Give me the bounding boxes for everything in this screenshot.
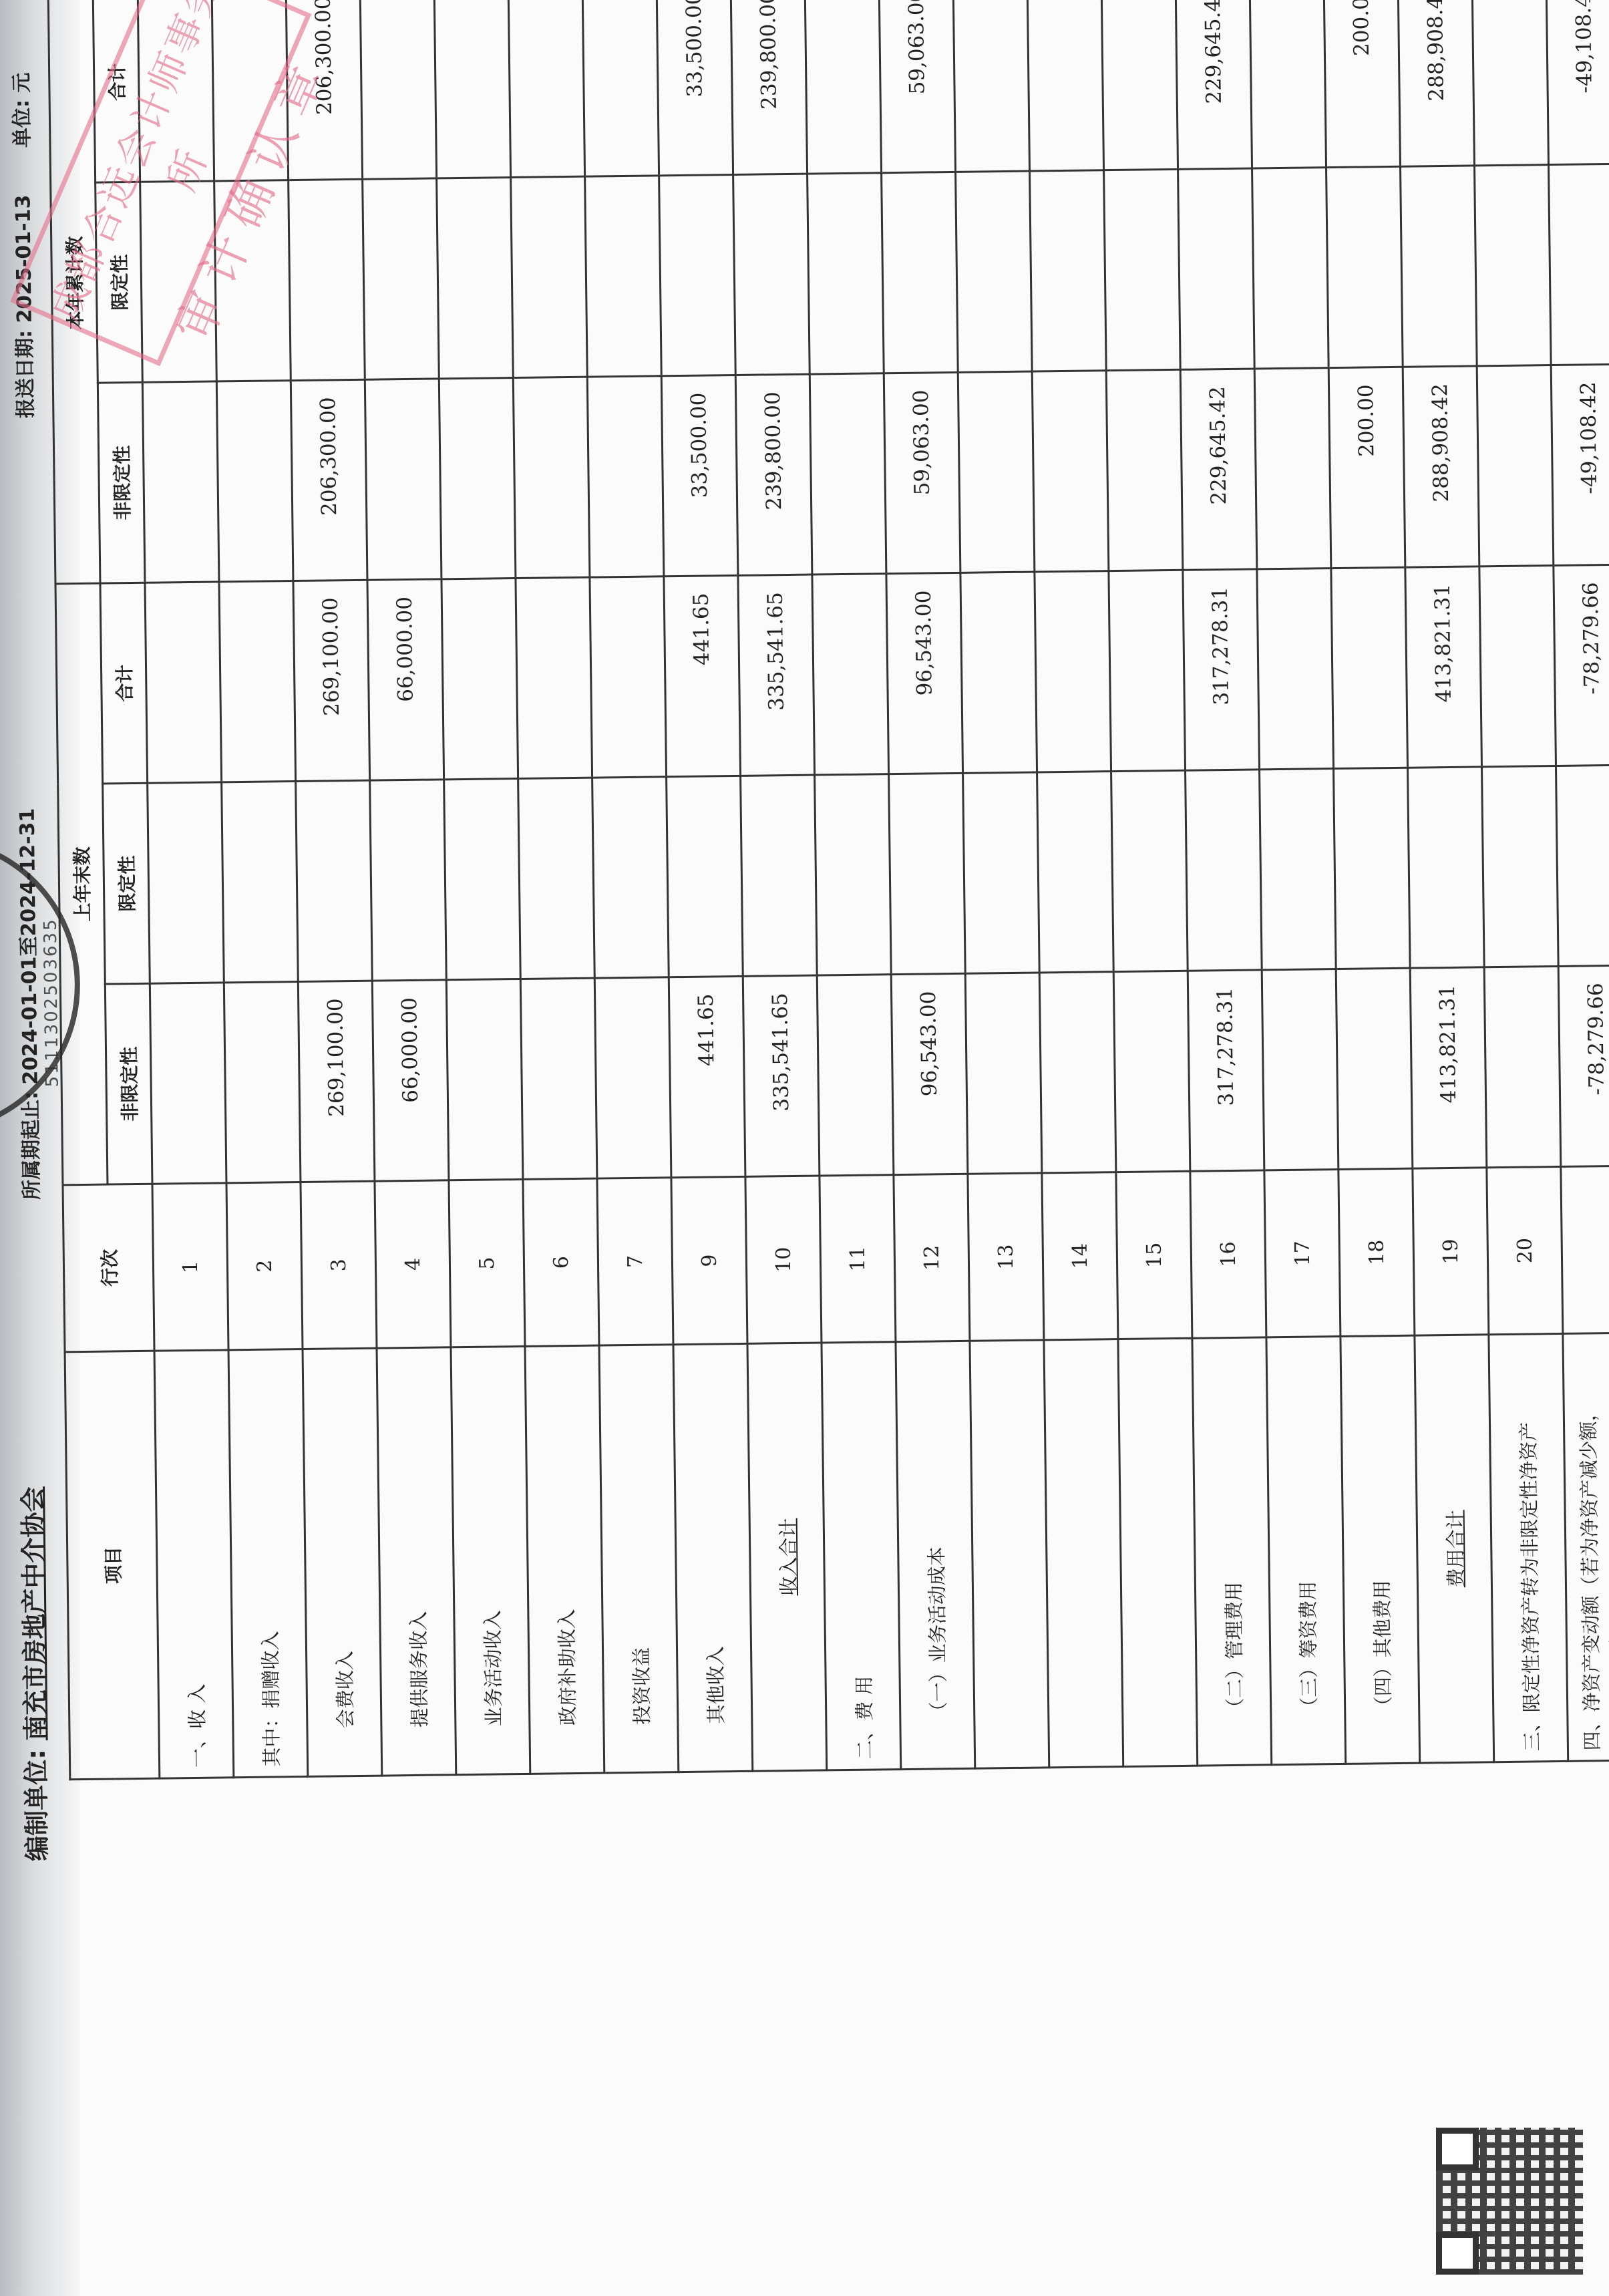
row-line-number: 2 (226, 1182, 303, 1350)
cell-cur-restricted (1252, 168, 1329, 369)
cell-prior-total (1257, 568, 1334, 770)
cell-prior-total (441, 579, 518, 780)
row-line-number: 6 (523, 1178, 599, 1346)
cell-prior-unrestricted: 413,821.31 (1410, 967, 1487, 1168)
cell-prior-restricted (1482, 766, 1559, 967)
row-line-number: 11 (820, 1175, 896, 1343)
cell-prior-total (1035, 571, 1111, 772)
cell-prior-unrestricted (817, 975, 894, 1176)
cell-prior-unrestricted: 335,541.65 (743, 975, 820, 1176)
cell-prior-restricted (889, 773, 966, 974)
row-item: （四）其他费用 (1340, 1335, 1420, 1764)
unit-label: 单位: (11, 100, 35, 148)
row-item: 会费收入 (303, 1348, 382, 1776)
cell-prior-total: 413,821.31 (1405, 566, 1482, 768)
cell-cur-total: 239,800.00 (731, 0, 808, 174)
cell-cur-unrestricted (365, 379, 441, 580)
cell-prior-total (516, 577, 592, 778)
row-item: （三）筹资费用 (1266, 1337, 1346, 1765)
cell-prior-unrestricted: 269,100.00 (298, 981, 375, 1182)
row-item: 二、费 用 (822, 1342, 901, 1770)
row-line-number: 5 (449, 1179, 525, 1347)
cell-prior-total: 317,278.31 (1183, 569, 1260, 770)
cell-prior-restricted (1556, 765, 1609, 966)
row-line-number: 17 (1264, 1170, 1340, 1337)
cell-prior-restricted (592, 777, 669, 978)
activity-statement-page: 业务活动表 会民非03表 纳税人识别号: 51511300767252078T … (0, 0, 1082, 1870)
cell-cur-total (1027, 0, 1104, 171)
row-line-number: 20 (1487, 1166, 1563, 1334)
row-item: 四、净资产变动额（若为净资产减少额，以“_”号填列） (1563, 1333, 1609, 1761)
row-line-number: 14 (1042, 1172, 1118, 1340)
report-date-label: 报送日期: (13, 330, 38, 418)
cell-cur-unrestricted: 59,063.00 (884, 372, 960, 573)
row-line-number: 18 (1338, 1168, 1415, 1336)
header-current-unrestricted: 非限定性 (98, 382, 145, 583)
cell-prior-unrestricted (150, 983, 226, 1184)
cell-prior-total: 269,100.00 (293, 580, 370, 781)
row-item: 收入合计 (747, 1343, 827, 1771)
cell-cur-unrestricted (439, 378, 516, 579)
cell-prior-restricted (741, 775, 818, 976)
cell-prior-unrestricted (520, 978, 597, 1179)
cell-cur-unrestricted: 229,645.42 (1180, 369, 1257, 570)
row-item: 投资收益 (599, 1345, 679, 1773)
cell-cur-total (582, 0, 659, 176)
row-line-number: 16 (1190, 1170, 1266, 1338)
cell-cur-total: 33,500.00 (657, 0, 733, 176)
cell-cur-total (953, 0, 1030, 172)
cell-prior-restricted (667, 776, 743, 977)
row-item: 其中：捐赠收入 (228, 1349, 308, 1777)
cell-prior-unrestricted (1262, 969, 1338, 1170)
unit-value: 元 (10, 73, 33, 93)
cell-prior-total (590, 577, 667, 778)
activity-table: 项目 行次 上年末数 本年累计数 非限定性 限定性 合计 非限定性 限定性 合计… (47, 0, 1609, 1780)
row-item: 其他收入 (673, 1343, 753, 1772)
cell-cur-restricted (808, 173, 884, 374)
cell-cur-restricted (1326, 166, 1403, 367)
row-item: （一）业务活动成本 (896, 1341, 975, 1769)
cell-cur-restricted (733, 174, 810, 375)
cell-cur-unrestricted (1106, 369, 1183, 570)
row-line-number: 13 (968, 1173, 1044, 1341)
cell-cur-restricted (1475, 165, 1552, 366)
cell-cur-unrestricted (1477, 365, 1554, 566)
row-item (1044, 1339, 1123, 1768)
header-prior-restricted: 限定性 (103, 783, 150, 984)
cell-cur-total (360, 0, 437, 179)
cell-cur-restricted (1548, 164, 1609, 365)
cell-prior-restricted (815, 774, 892, 975)
cell-prior-restricted (148, 782, 224, 983)
cell-cur-unrestricted (958, 371, 1035, 572)
qr-code-icon (1436, 2128, 1583, 2275)
cell-prior-unrestricted (1039, 972, 1116, 1173)
cell-cur-total: 288,908.42 (1398, 0, 1475, 166)
cell-prior-restricted (1408, 767, 1485, 968)
cell-prior-total (960, 572, 1037, 773)
cell-prior-restricted (1334, 768, 1411, 969)
cell-cur-unrestricted: 239,800.00 (735, 374, 812, 575)
cell-cur-total (508, 0, 585, 178)
cell-cur-total: 200.00 (1324, 0, 1401, 168)
cell-prior-restricted (1037, 772, 1114, 973)
organization-seal-code: 5111302503635 (41, 917, 63, 1087)
cell-prior-unrestricted (1336, 968, 1413, 1169)
cell-prior-restricted (222, 782, 299, 983)
header-line: 行次 (63, 1184, 154, 1352)
row-item: （二）管理费用 (1192, 1337, 1272, 1766)
cell-prior-total (1331, 567, 1408, 768)
row-item: 费用合计 (1415, 1335, 1494, 1763)
cell-cur-restricted (437, 178, 514, 379)
row-item: 业务活动收入 (451, 1346, 530, 1774)
cell-cur-total (1472, 0, 1549, 166)
cell-cur-restricted (956, 171, 1033, 372)
cell-prior-restricted (1186, 770, 1262, 971)
cell-prior-unrestricted: 66,000.00 (372, 980, 449, 1181)
row-item: 政府补助收入 (525, 1345, 604, 1774)
cell-prior-unrestricted (1484, 966, 1561, 1167)
cell-prior-unrestricted (224, 982, 301, 1183)
cell-cur-restricted (289, 179, 365, 380)
cell-cur-unrestricted (1254, 368, 1331, 569)
cell-prior-restricted (370, 780, 447, 981)
row-item: 提供服务收入 (377, 1347, 456, 1776)
cell-prior-restricted (963, 772, 1040, 973)
cell-cur-restricted (1401, 166, 1477, 367)
cell-cur-unrestricted: 206,300.00 (291, 379, 367, 581)
cell-prior-unrestricted: 441.65 (669, 976, 745, 1177)
cell-cur-total (805, 0, 882, 174)
cell-prior-unrestricted: 317,278.31 (1188, 970, 1264, 1171)
cell-cur-restricted (511, 176, 588, 377)
row-item: 三、限定性净资产转为非限定性净资产 (1489, 1333, 1568, 1762)
cell-prior-total: 66,000.00 (367, 579, 444, 780)
cell-prior-total: 96,543.00 (886, 572, 963, 774)
cell-prior-unrestricted (446, 979, 523, 1180)
cell-prior-restricted (1260, 769, 1336, 970)
row-line-number: 7 (597, 1178, 673, 1345)
header-prior-total: 合计 (100, 583, 148, 784)
cell-prior-unrestricted: 96,543.00 (891, 973, 968, 1174)
cell-cur-restricted (659, 174, 736, 375)
cell-cur-unrestricted: 33,500.00 (661, 375, 738, 576)
cell-prior-total: 441.65 (664, 575, 741, 776)
row-line-number (1561, 1166, 1609, 1333)
cell-cur-restricted (1104, 169, 1181, 370)
cell-cur-unrestricted (1032, 371, 1109, 572)
row-line-number: 4 (375, 1180, 451, 1348)
cell-prior-restricted (1111, 770, 1188, 971)
report-date: 报送日期: 2025-01-13 单位: 元 (5, 72, 38, 418)
cell-prior-total (1109, 570, 1186, 771)
cell-cur-total: 229,645.42 (1176, 0, 1252, 169)
cell-cur-total: -49,108.42 (1546, 0, 1609, 165)
cell-cur-restricted (1030, 170, 1107, 371)
cell-cur-unrestricted (810, 373, 886, 575)
cell-prior-restricted (518, 778, 595, 979)
row-line-number: 15 (1116, 1171, 1192, 1339)
cell-cur-total: 59,063.00 (879, 0, 956, 173)
cell-prior-unrestricted (594, 977, 671, 1178)
cell-prior-unrestricted (1113, 971, 1190, 1172)
cell-prior-total (145, 582, 222, 783)
cell-prior-total: -78,279.66 (1554, 564, 1609, 766)
cell-cur-unrestricted (216, 381, 293, 582)
row-line-number: 10 (745, 1176, 822, 1343)
cell-cur-total (1101, 0, 1178, 170)
row-item (970, 1340, 1049, 1768)
period-label: 所属期起止: (19, 1092, 44, 1200)
cell-cur-unrestricted (513, 377, 590, 578)
header-prior-year: 上年末数 (55, 583, 108, 1185)
cell-cur-restricted (1178, 168, 1255, 369)
cell-prior-total (219, 581, 296, 782)
cell-cur-total (1250, 0, 1326, 168)
cell-cur-total (434, 0, 511, 178)
organization-name: 南充市房地产中介协会 (18, 1486, 51, 1741)
row-line-number: 12 (894, 1174, 970, 1341)
cell-cur-restricted (585, 176, 662, 377)
organization: 编制单位: 南充市房地产中介协会 (12, 1486, 53, 1861)
cell-cur-restricted (882, 172, 958, 373)
cell-prior-total (1479, 566, 1556, 767)
header-item: 项目 (65, 1351, 160, 1780)
row-item (1118, 1338, 1198, 1766)
cell-cur-unrestricted (587, 376, 664, 577)
header-prior-unrestricted: 非限定性 (105, 983, 152, 1184)
cell-prior-unrestricted (965, 973, 1042, 1174)
cell-cur-unrestricted: -49,108.42 (1551, 364, 1609, 565)
row-line-number: 9 (671, 1176, 747, 1344)
cell-prior-unrestricted: -78,279.66 (1558, 965, 1609, 1166)
row-line-number: 1 (152, 1183, 228, 1351)
row-line-number: 3 (301, 1181, 377, 1349)
cell-cur-unrestricted: 200.00 (1328, 367, 1405, 568)
row-line-number: 19 (1413, 1168, 1489, 1335)
cell-cur-unrestricted (142, 381, 219, 583)
cell-prior-restricted (444, 778, 521, 979)
cell-prior-total: 335,541.65 (738, 575, 815, 776)
cell-cur-restricted (363, 178, 439, 379)
cell-prior-restricted (296, 780, 373, 981)
row-item: 一、收 入 (154, 1350, 234, 1778)
cell-prior-total (812, 574, 889, 775)
cell-cur-unrestricted: 288,908.42 (1403, 366, 1479, 567)
organization-label: 编制单位: (21, 1749, 52, 1861)
